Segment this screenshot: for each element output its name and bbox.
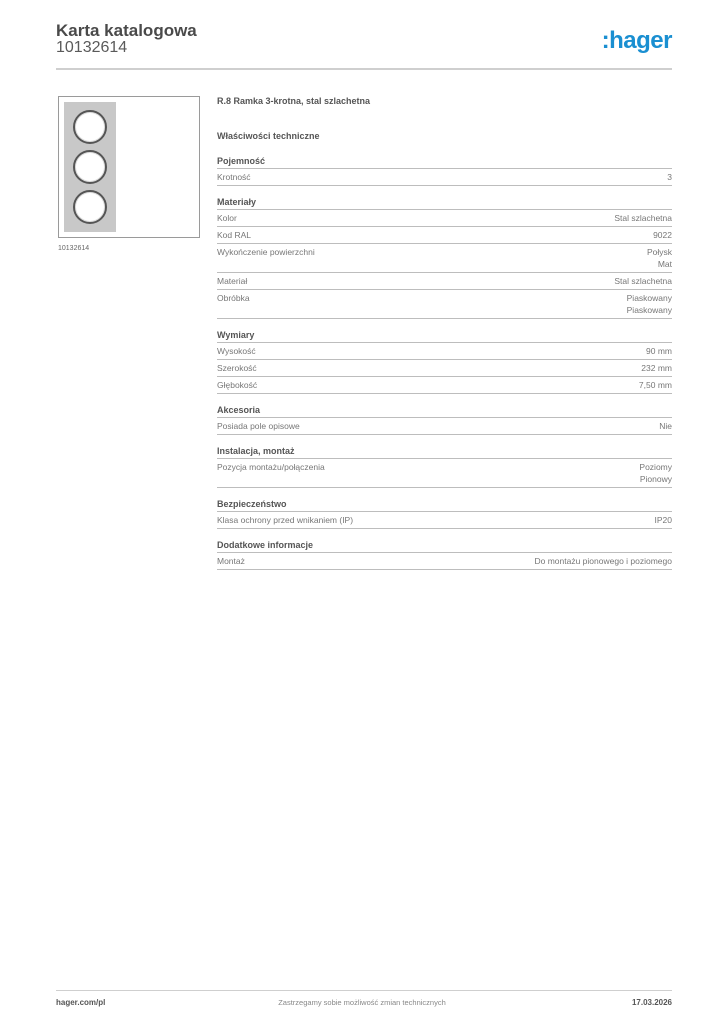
spec-group-title: Bezpieczeństwo (217, 498, 672, 512)
spec-row: MateriałStal szlachetna (217, 273, 672, 290)
product-image (58, 96, 200, 238)
spec-group-title: Wymiary (217, 329, 672, 343)
spec-value: 7,50 mm (639, 379, 672, 391)
image-caption: 10132614 (58, 245, 89, 252)
technical-properties-heading: Właściwości techniczne (217, 131, 672, 141)
spec-row: Szerokość232 mm (217, 360, 672, 377)
spec-group-title: Akcesoria (217, 404, 672, 418)
footer-disclaimer: Zastrzegamy sobie możliwość zmian techni… (0, 998, 724, 1007)
socket-opening-icon (73, 110, 107, 144)
spec-label: Obróbka (217, 292, 250, 316)
spec-group: WymiaryWysokość90 mmSzerokość232 mmGłębo… (217, 329, 672, 394)
spec-group-title: Dodatkowe informacje (217, 539, 672, 553)
footer-divider (56, 990, 672, 991)
spec-sheet: R.8 Ramka 3-krotna, stal szlachetna Właś… (217, 96, 672, 580)
spec-row: Pozycja montażu/połączeniaPoziomy Pionow… (217, 459, 672, 488)
spec-label: Wykończenie powierzchni (217, 246, 315, 270)
spec-label: Kolor (217, 212, 237, 224)
spec-row: Wysokość90 mm (217, 343, 672, 360)
footer-date: 17.03.2026 (632, 998, 672, 1007)
header-divider (56, 68, 672, 70)
spec-group: AkcesoriaPosiada pole opisoweNie (217, 404, 672, 435)
product-code: 10132614 (56, 39, 127, 57)
product-name: R.8 Ramka 3-krotna, stal szlachetna (217, 96, 672, 106)
spec-label: Posiada pole opisowe (217, 420, 300, 432)
spec-row: Wykończenie powierzchniPołysk Mat (217, 244, 672, 273)
spec-label: Szerokość (217, 362, 257, 374)
spec-label: Materiał (217, 275, 247, 287)
spec-group: BezpieczeństwoKlasa ochrony przed wnikan… (217, 498, 672, 529)
spec-value: Połysk Mat (647, 246, 672, 270)
spec-row: Głębokość7,50 mm (217, 377, 672, 394)
spec-label: Pozycja montażu/połączenia (217, 461, 325, 485)
hager-logo: :hager (602, 27, 672, 55)
spec-row: ObróbkaPiaskowany Piaskowany (217, 290, 672, 319)
socket-opening-icon (73, 150, 107, 184)
spec-row: Krotność3 (217, 169, 672, 186)
spec-value: IP20 (655, 514, 673, 526)
spec-row: MontażDo montażu pionowego i poziomego (217, 553, 672, 570)
spec-row: Klasa ochrony przed wnikaniem (IP)IP20 (217, 512, 672, 529)
spec-label: Krotność (217, 171, 251, 183)
spec-value: Poziomy Pionowy (639, 461, 672, 485)
spec-group-title: Materiały (217, 196, 672, 210)
spec-group: MateriałyKolorStal szlachetnaKod RAL9022… (217, 196, 672, 319)
spec-group: Instalacja, montażPozycja montażu/połącz… (217, 445, 672, 488)
spec-row: KolorStal szlachetna (217, 210, 672, 227)
spec-groups: PojemnośćKrotność3MateriałyKolorStal szl… (217, 155, 672, 570)
spec-group: PojemnośćKrotność3 (217, 155, 672, 186)
socket-opening-icon (73, 190, 107, 224)
spec-value: Nie (659, 420, 672, 432)
spec-label: Kod RAL (217, 229, 251, 241)
spec-value: Piaskowany Piaskowany (627, 292, 672, 316)
spec-group-title: Pojemność (217, 155, 672, 169)
spec-value: 90 mm (646, 345, 672, 357)
spec-value: Do montażu pionowego i poziomego (534, 555, 672, 567)
spec-row: Kod RAL9022 (217, 227, 672, 244)
spec-label: Głębokość (217, 379, 257, 391)
spec-value: Stal szlachetna (614, 275, 672, 287)
spec-value: 3 (667, 171, 672, 183)
spec-group: Dodatkowe informacjeMontażDo montażu pio… (217, 539, 672, 570)
spec-row: Posiada pole opisoweNie (217, 418, 672, 435)
spec-label: Wysokość (217, 345, 256, 357)
spec-label: Klasa ochrony przed wnikaniem (IP) (217, 514, 353, 526)
frame-plate-icon (64, 102, 116, 232)
spec-value: 9022 (653, 229, 672, 241)
spec-value: 232 mm (641, 362, 672, 374)
spec-label: Montaż (217, 555, 245, 567)
page-title: Karta katalogowa (56, 21, 197, 41)
spec-value: Stal szlachetna (614, 212, 672, 224)
spec-group-title: Instalacja, montaż (217, 445, 672, 459)
